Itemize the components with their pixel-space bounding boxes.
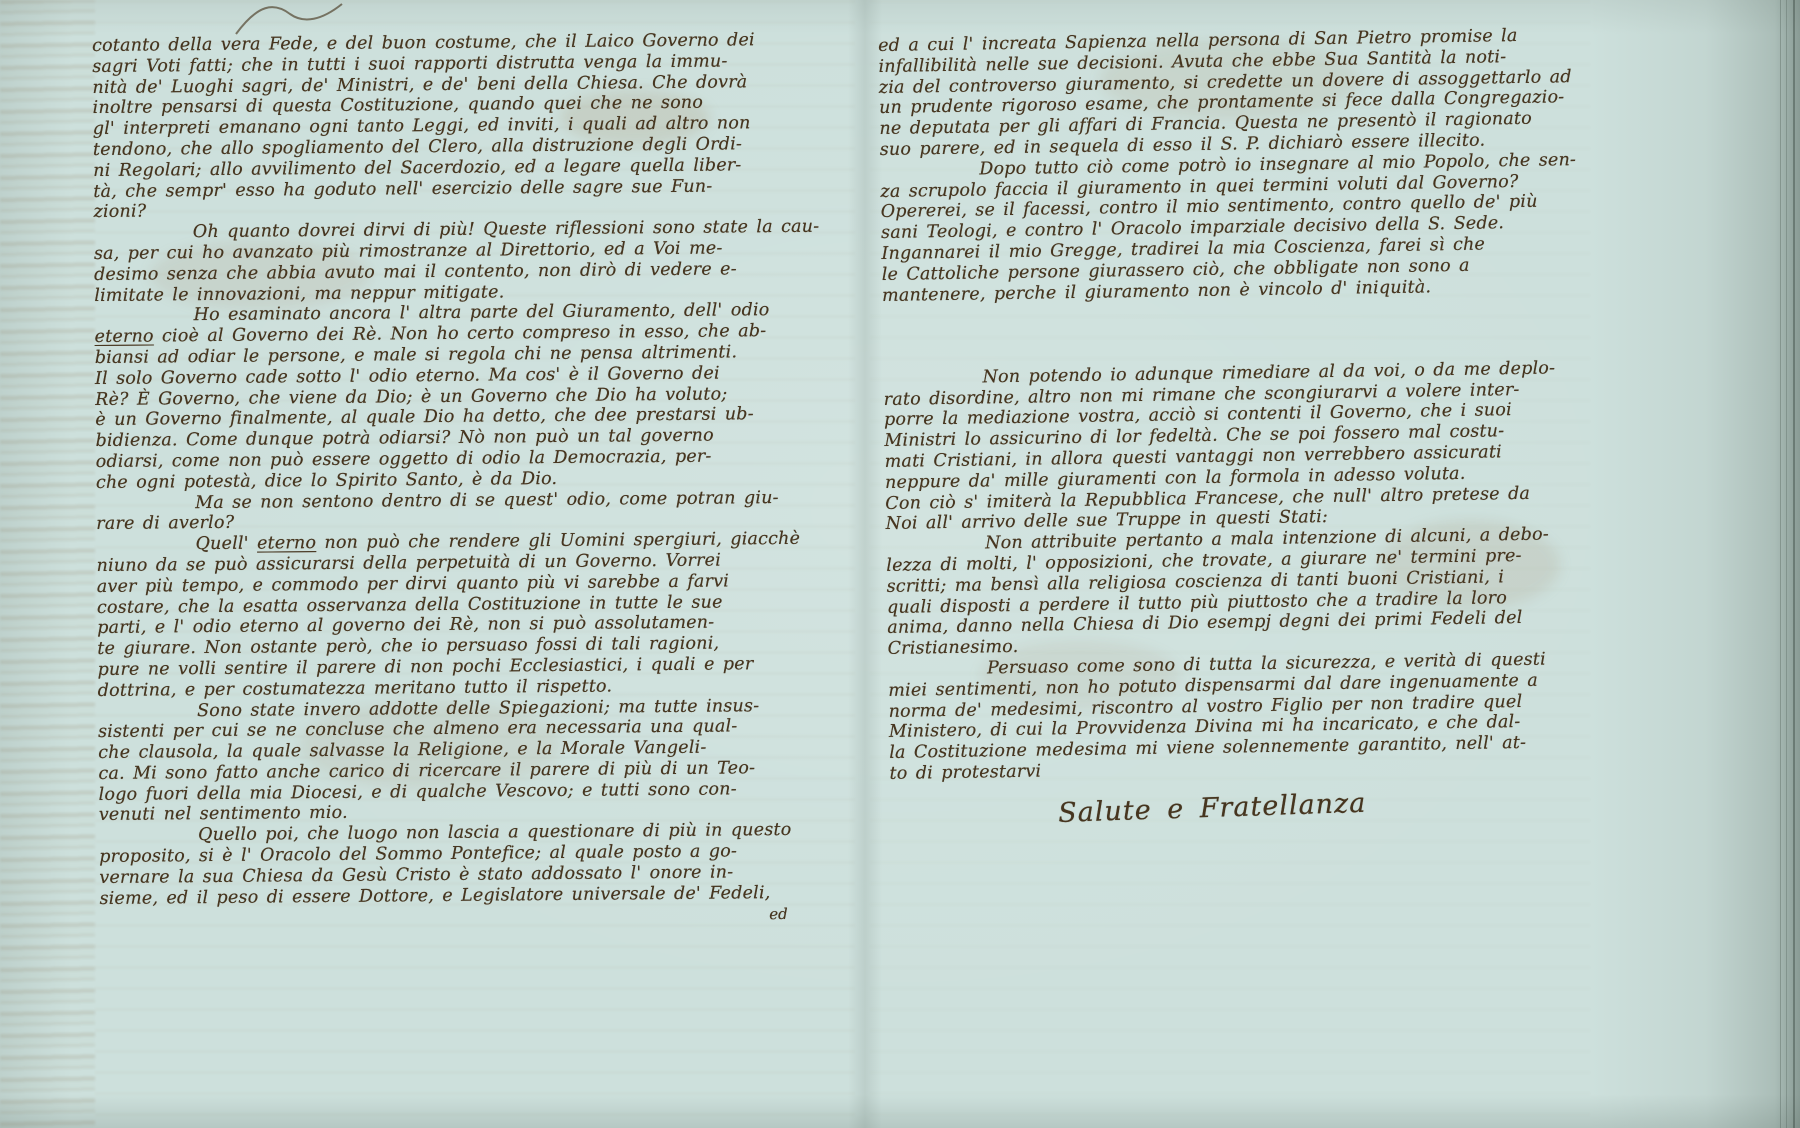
closing-salutation: Salute e Fratellanza: [1058, 779, 1597, 831]
catchword: ed: [100, 905, 802, 929]
manuscript-right-page: ed a cui l' increata Sapienza nella pers…: [878, 25, 1596, 829]
manuscript-left-page: cotanto della vera Fede, e del buon cost…: [92, 30, 802, 930]
right-page-lines: ed a cui l' increata Sapienza nella pers…: [878, 25, 1596, 785]
manuscript-scan: cotanto della vera Fede, e del buon cost…: [0, 0, 1800, 1128]
bleed-through-ghost-text: [0, 0, 95, 1128]
center-fold-shadow: [848, 0, 882, 1128]
left-page-lines: cotanto della vera Fede, e del buon cost…: [92, 30, 802, 910]
page-edge-shadow: [1590, 0, 1800, 1128]
